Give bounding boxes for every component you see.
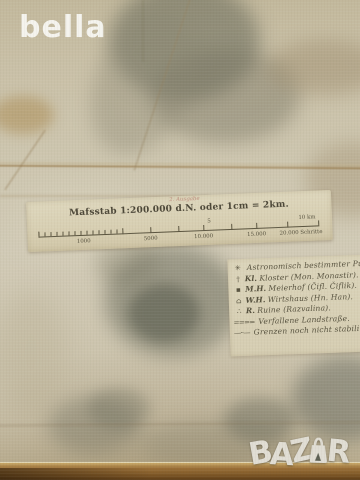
scale-km-label: 10 km [298, 214, 315, 221]
scale-tick [257, 223, 258, 229]
dashed-road-icon: ==== [233, 318, 254, 327]
scale-tick [231, 224, 232, 230]
scale-label-end: 20.000 Schritte [279, 228, 322, 236]
scale-tick [150, 227, 151, 233]
boundary-line-icon: —··— [234, 329, 250, 338]
legend-rows: ✳ Astronomisch bestimmter Punkt. † Kl. K… [227, 255, 360, 340]
scale-tick [287, 222, 288, 228]
bella-watermark: bella [19, 10, 107, 45]
legend-text: Wirtshaus (Hn. Han). [268, 292, 354, 304]
scale-label: 5000 [144, 235, 158, 242]
stain [128, 284, 200, 342]
legend-abbr: M.H. [245, 285, 266, 295]
stain [48, 396, 140, 454]
stain [0, 290, 68, 415]
fold-crease-highlight [0, 162, 360, 168]
legend-abbr: R. [246, 307, 255, 316]
scale-label: 10.000 [194, 233, 213, 240]
ruin-icon: ∴ [233, 308, 244, 316]
map-legend: ✳ Astronomisch bestimmter Punkt. † Kl. K… [227, 255, 360, 357]
scale-km-label: 5 [207, 218, 211, 224]
scale-tick [203, 225, 204, 231]
scale-tick [122, 228, 123, 234]
bazar-logo-watermark: BAZ R [248, 431, 348, 471]
bazar-letter: R [325, 433, 350, 471]
monastery-icon: † [232, 275, 243, 283]
map-photo: 2. Ausgabe Mafsstab 1:200.000 d.N. oder … [0, 0, 360, 480]
farmstead-icon: ▪ [232, 286, 243, 294]
legend-text: Meierhof (Čifl. Čiflik). [268, 281, 357, 293]
astronomical-point-icon: ✳ [232, 265, 243, 273]
scale-label: 15.000 [247, 231, 266, 238]
legend-abbr: Kl. [245, 274, 257, 283]
scale-tick [38, 232, 39, 238]
table-edge-shadow [0, 468, 150, 480]
scale-bar: 1000 5000 10.000 15.000 20.000 Schritte … [38, 221, 318, 242]
legend-abbr: W.H. [245, 295, 265, 304]
legend-text: Ruine (Razvalina). [257, 304, 331, 315]
legend-text: Verfallene Landstraße. [258, 314, 350, 326]
scale-label: 1000 [76, 238, 90, 245]
stain [292, 356, 360, 441]
stain [0, 96, 54, 134]
scale-tick [178, 226, 179, 232]
fold-crease-diagonal [4, 130, 46, 191]
scale-tick [318, 220, 319, 226]
inn-icon: ⌂ [233, 297, 244, 305]
edition-note: 2. Ausgabe [169, 195, 200, 202]
